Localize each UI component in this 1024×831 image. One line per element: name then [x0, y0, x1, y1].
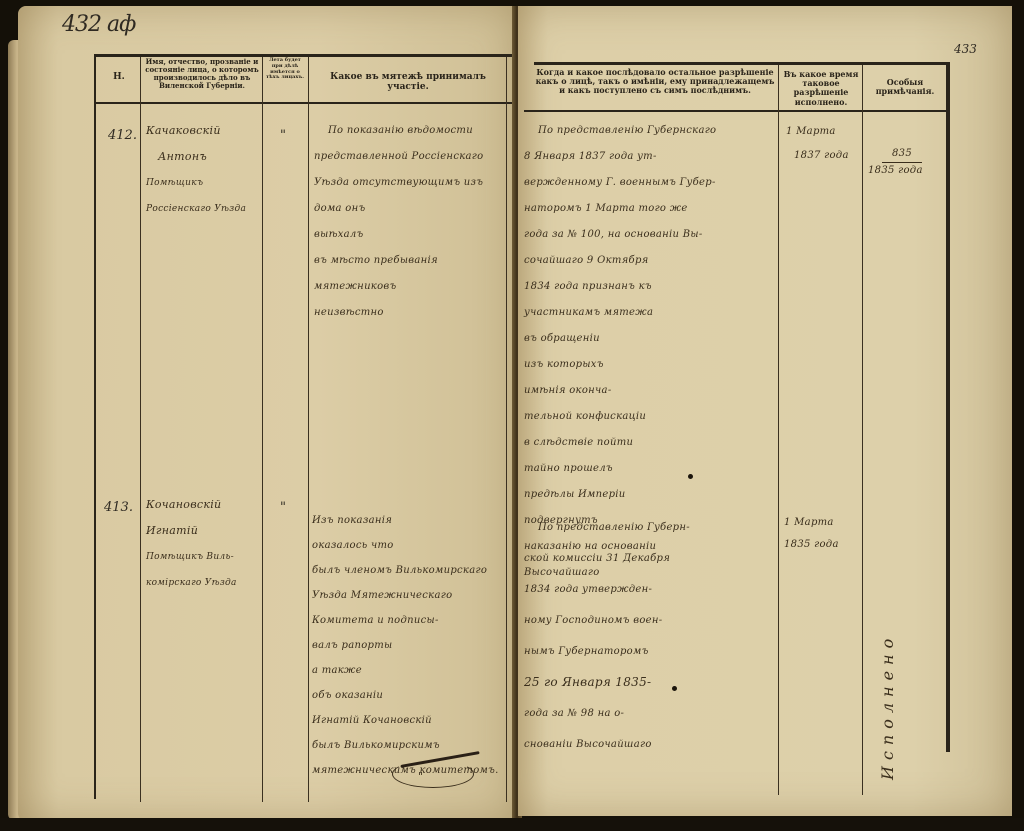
- row-413-name-line: Игнатій: [146, 518, 261, 544]
- text-line: ному Господиномъ воен-: [524, 605, 776, 636]
- row-413-notes-vertical: Исполнено: [878, 633, 897, 780]
- row-413-name-line: комірскаго Уѣзда: [146, 570, 261, 596]
- text-line: 1835 года: [784, 534, 860, 556]
- row-413-name-line: Кочановскій: [146, 492, 261, 518]
- open-register-book: 432 аф Н. Имя, отчество, прозваніе и сос…: [0, 0, 1024, 831]
- text-line: предѣлы Имперіи: [524, 482, 776, 508]
- text-line: былъ членомъ Вилькомирскаго: [312, 558, 504, 583]
- row-412-name-line: Качаковскій: [146, 118, 261, 144]
- row-412-participation: По показанію вѣдомости представленной Ро…: [314, 118, 504, 326]
- text-line: выѣхалъ: [314, 222, 504, 248]
- notes-number: 835: [882, 146, 922, 163]
- end-flourish: [392, 760, 474, 788]
- text-line: года за № 98 на о-: [524, 698, 776, 729]
- header-resolution: Когда и какое послѣдовало остальное разр…: [534, 68, 776, 96]
- left-frame-line: [94, 54, 96, 799]
- text-line: Уѣзда отсутствующимъ изъ: [314, 170, 504, 196]
- row-412-number: 412.: [108, 128, 137, 143]
- row-412-case-ref: ": [280, 128, 286, 143]
- end-mark: ": [418, 770, 423, 783]
- text-line: тайно прошелъ: [524, 456, 776, 482]
- text-line: вержденному Г. военнымъ Губер-: [524, 170, 776, 196]
- background-edge: [0, 818, 1024, 831]
- header-name: Имя, отчество, прозваніе и состояніе лиц…: [142, 58, 262, 90]
- header-executed: Въ какое время таковое разрѣшеніе исполн…: [780, 70, 862, 107]
- notes-year: 1835 года: [868, 163, 948, 179]
- header-case-ref: Лета будет при дѣлѣ имѣется о тѣхъ лицах…: [264, 58, 306, 81]
- text-line: По показанію вѣдомости: [314, 118, 504, 144]
- text-line: объ оказаніи: [312, 683, 504, 708]
- text-line: изъ которыхъ: [524, 352, 776, 378]
- left-header-bottom-rule: [96, 102, 512, 104]
- text-line: 1834 года утвержден-: [524, 574, 776, 605]
- row-412-name-line: Помѣщикъ Россіенскаго Уѣзда: [146, 170, 261, 222]
- col-line-participation: [506, 57, 507, 802]
- row-412-notes: 835 1835 года: [868, 146, 948, 179]
- row-413-executed: 1 Марта 1835 года: [784, 512, 860, 556]
- text-line: 1 Марта: [784, 512, 860, 534]
- text-line: имѣнія оконча-: [524, 378, 776, 404]
- row-413-participation: Изъ показанія оказалось что былъ членомъ…: [312, 508, 504, 783]
- left-folio-number: 432 аф: [62, 12, 135, 37]
- text-line: в слѣдствіе пойти: [524, 430, 776, 456]
- text-line: представленной Россіенскаго: [314, 144, 504, 170]
- row-412-executed: 1 Марта 1837 года: [786, 120, 862, 168]
- row-413-resolution: По представленію Губерн- ской комиссіи 3…: [524, 512, 776, 760]
- text-line: валъ рапорты: [312, 633, 504, 658]
- text-line: ской комиссіи 31 Декабря: [524, 543, 776, 574]
- text-line: 25 го Января 1835-: [524, 667, 776, 698]
- text-line: Изъ показанія: [312, 508, 504, 533]
- col-line-resolution: [778, 65, 779, 795]
- text-line: тельной конфискаціи: [524, 404, 776, 430]
- text-line: 8 Января 1837 года ут-: [524, 144, 776, 170]
- right-top-rule: [534, 62, 950, 65]
- header-participation: Какое въ мятежѣ принималъ участіе.: [312, 72, 504, 93]
- text-line: наторомъ 1 Марта того же: [524, 196, 776, 222]
- header-notes: Особыя примѣчанія.: [864, 78, 946, 96]
- ink-blot: [672, 686, 677, 691]
- col-line-name: [262, 57, 263, 802]
- text-line: сочайшаго 9 Октября: [524, 248, 776, 274]
- text-line: 1 Марта: [786, 120, 862, 144]
- right-header-bottom-rule: [524, 110, 950, 112]
- text-line: въ мѣсто пребыванія: [314, 248, 504, 274]
- row-412-name: Качаковскій Антонъ Помѣщикъ Россіенскаго…: [146, 118, 261, 222]
- row-413-number: 413.: [104, 500, 133, 515]
- text-line: Уѣзда Мятежническаго: [312, 583, 504, 608]
- text-line: нымъ Губернаторомъ: [524, 636, 776, 667]
- text-line: Игнатій Кочановскій: [312, 708, 504, 733]
- text-line: участникамъ мятежа: [524, 300, 776, 326]
- header-no: Н.: [104, 72, 134, 82]
- col-line-caseref: [308, 57, 309, 802]
- row-413-case-ref: ": [280, 500, 286, 515]
- row-413-name-line: Помѣщикъ Виль-: [146, 544, 261, 570]
- text-line: неизвѣстно: [314, 300, 504, 326]
- text-line: въ обращеніи: [524, 326, 776, 352]
- text-line: 1834 года признанъ къ: [524, 274, 776, 300]
- text-line: 1837 года: [786, 144, 862, 168]
- row-412-name-line: Антонъ: [146, 144, 261, 170]
- row-413-name: Кочановскій Игнатій Помѣщикъ Виль- комір…: [146, 492, 261, 596]
- ink-blot: [688, 474, 693, 479]
- text-line: а также: [312, 658, 504, 683]
- text-line: оказалось что: [312, 533, 504, 558]
- text-line: дома онъ: [314, 196, 504, 222]
- text-line: снованіи Высочайшаго: [524, 729, 776, 760]
- col-line-executed: [862, 65, 863, 795]
- text-line: мятежниковъ: [314, 274, 504, 300]
- right-folio-number: 433: [954, 42, 977, 56]
- text-line: года за № 100, на основаніи Вы-: [524, 222, 776, 248]
- col-line-no: [140, 57, 141, 802]
- text-line: Комитета и подписы-: [312, 608, 504, 633]
- text-line: По представленію Губернскаго: [524, 118, 776, 144]
- text-line: По представленію Губерн-: [524, 512, 776, 543]
